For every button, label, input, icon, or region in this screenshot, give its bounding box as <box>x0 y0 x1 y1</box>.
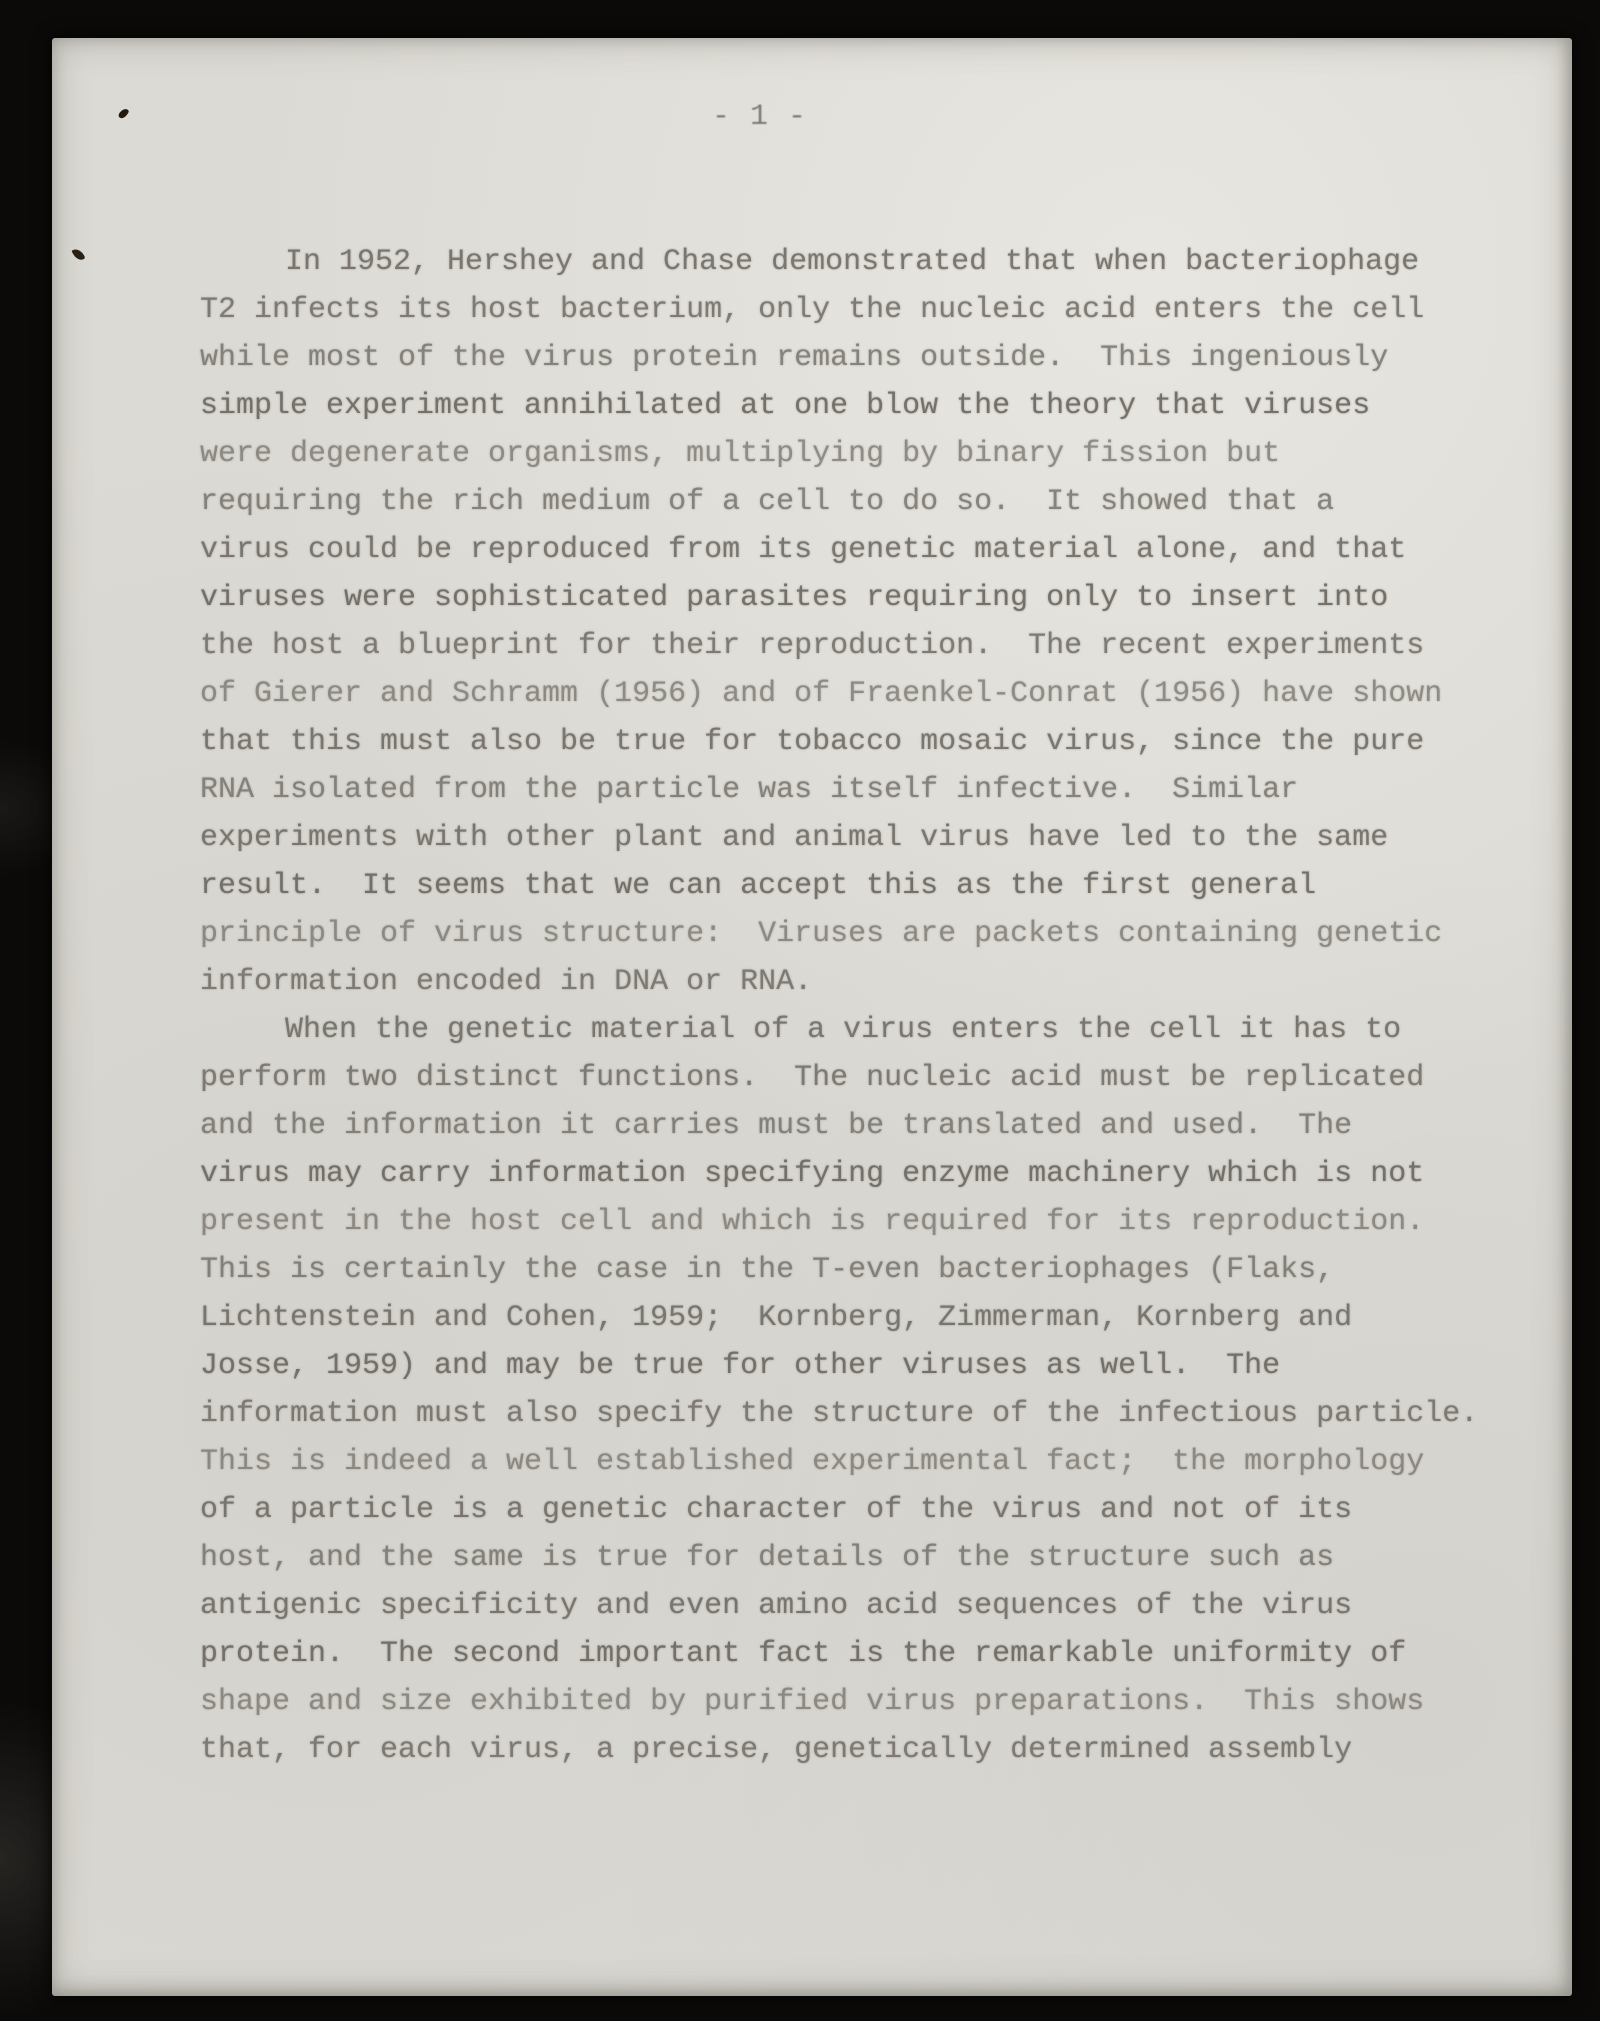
text-line: of Gierer and Schramm (1956) and of Frae… <box>200 670 1520 718</box>
text-line: host, and the same is true for details o… <box>200 1534 1520 1582</box>
text-line: while most of the virus protein remains … <box>200 334 1520 382</box>
text-line: In 1952, Hershey and Chase demonstrated … <box>200 238 1520 286</box>
ink-speck <box>117 107 129 120</box>
text-line: protein. The second important fact is th… <box>200 1630 1520 1678</box>
text-line: were degenerate organisms, multiplying b… <box>200 430 1520 478</box>
scanned-page-background: - 1 - In 1952, Hershey and Chase demonst… <box>0 0 1600 2021</box>
text-line: virus could be reproduced from its genet… <box>200 526 1520 574</box>
text-line: antigenic specificity and even amino aci… <box>200 1582 1520 1630</box>
text-line: When the genetic material of a virus ent… <box>200 1006 1520 1054</box>
text-line: Lichtenstein and Cohen, 1959; Kornberg, … <box>200 1294 1520 1342</box>
page-number: - 1 - <box>712 100 807 134</box>
document-text: In 1952, Hershey and Chase demonstrated … <box>200 238 1520 1774</box>
text-line: principle of virus structure: Viruses ar… <box>200 910 1520 958</box>
ink-speck <box>71 247 85 263</box>
text-line: T2 infects its host bacterium, only the … <box>200 286 1520 334</box>
text-line: This is certainly the case in the T-even… <box>200 1246 1520 1294</box>
text-line: information must also specify the struct… <box>200 1390 1520 1438</box>
text-line: viruses were sophisticated parasites req… <box>200 574 1520 622</box>
paragraph: In 1952, Hershey and Chase demonstrated … <box>200 238 1520 1006</box>
text-line: RNA isolated from the particle was itsel… <box>200 766 1520 814</box>
text-line: simple experiment annihilated at one blo… <box>200 382 1520 430</box>
document-page: - 1 - In 1952, Hershey and Chase demonst… <box>52 38 1572 1996</box>
text-line: of a particle is a genetic character of … <box>200 1486 1520 1534</box>
text-line: This is indeed a well established experi… <box>200 1438 1520 1486</box>
text-line: experiments with other plant and animal … <box>200 814 1520 862</box>
text-line: present in the host cell and which is re… <box>200 1198 1520 1246</box>
text-line: the host a blueprint for their reproduct… <box>200 622 1520 670</box>
text-line: and the information it carries must be t… <box>200 1102 1520 1150</box>
paragraph: When the genetic material of a virus ent… <box>200 1006 1520 1774</box>
text-line: that this must also be true for tobacco … <box>200 718 1520 766</box>
text-line: perform two distinct functions. The nucl… <box>200 1054 1520 1102</box>
text-line: information encoded in DNA or RNA. <box>200 958 1520 1006</box>
text-line: that, for each virus, a precise, genetic… <box>200 1726 1520 1774</box>
text-line: Josse, 1959) and may be true for other v… <box>200 1342 1520 1390</box>
text-line: requiring the rich medium of a cell to d… <box>200 478 1520 526</box>
text-line: virus may carry information specifying e… <box>200 1150 1520 1198</box>
text-line: result. It seems that we can accept this… <box>200 862 1520 910</box>
text-line: shape and size exhibited by purified vir… <box>200 1678 1520 1726</box>
